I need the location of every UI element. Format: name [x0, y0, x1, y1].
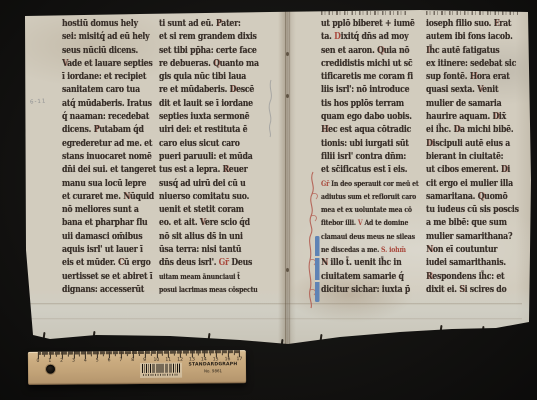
- trimmed-text-line: [321, 11, 407, 15]
- manuscript-line: dn̄s deus isrl'. Gr̄ Deus: [159, 256, 259, 269]
- manuscript-line: atq́ mūdaberis. Iratus: [62, 97, 156, 110]
- text-run: ora erat: [477, 71, 510, 82]
- text-run: autem ibi fons iacob.: [426, 31, 513, 42]
- text-run: ū ergo: [124, 257, 151, 268]
- manuscript-line: ī iordane: et recipiet: [62, 70, 156, 83]
- text-run: haurire aquam.: [426, 111, 492, 122]
- text-run: niuerso comitatu suo.: [159, 191, 249, 202]
- sewing-hole: [286, 52, 289, 56]
- text-run: ade et lauare septies: [67, 58, 152, 69]
- ruler-number: 16: [225, 357, 231, 362]
- ruler-number: 2: [60, 358, 63, 363]
- manuscript-line: autem ibi fons iacob.: [426, 30, 519, 43]
- manuscript-line: ut cibos emerent. Di: [426, 163, 519, 176]
- manuscript-line: dicitur sichar: iuxta p̄: [321, 283, 419, 296]
- ruler-number: 11: [165, 357, 171, 362]
- manuscript-line: gis quia nūc tibi laua: [159, 70, 259, 83]
- text-column-recto-a: ut pplō biberet + iumēta. Dixitq́ dn̄s a…: [321, 17, 440, 296]
- rubric-text-run: S. iohm̄: [381, 245, 406, 254]
- text-run: h̄c autē fatigatus: [429, 45, 499, 56]
- text-run: ūquid: [130, 191, 154, 202]
- manuscript-bifolium: hostiū domus helysei: misitq́ ad eū hely…: [0, 0, 537, 352]
- text-run: dicens.: [62, 124, 94, 135]
- manuscript-line: adiutus sum et refloruit caro: [321, 190, 419, 203]
- text-run: ūsa terra: nisi tantū: [159, 244, 241, 255]
- blue-initial-I: [315, 236, 320, 302]
- manuscript-line: uenit et stetit coram: [159, 203, 259, 216]
- manuscript-line: aquis isrl' ut lauer ī: [62, 243, 156, 256]
- text-column-verso-b: ti sunt ad eū. Pater:et si rem grandem d…: [159, 17, 281, 296]
- text-run: et sc̄ificatus est ī eis.: [321, 164, 407, 175]
- text-run: dn̄s deus isrl'.: [159, 257, 219, 268]
- manuscript-line: mulier de samaria: [426, 97, 519, 110]
- initial-notch: [315, 280, 320, 282]
- manuscript-line: Non eī coutuntur: [426, 243, 519, 256]
- manuscript-line: hostiū domus hely: [62, 17, 156, 30]
- text-run: mulier de samaria: [426, 98, 501, 109]
- manuscript-line: manu sua locū lepre: [62, 177, 156, 190]
- red-flourish: [309, 172, 313, 308]
- manuscript-line: liis isrl': nō introduce: [321, 83, 419, 96]
- rubric-text-run: Gr̄: [219, 257, 232, 268]
- manuscript-line: dicens. Putabam q́d: [62, 123, 156, 136]
- fold-crease: [30, 318, 522, 320]
- manuscript-line: caro eius sicut caro: [159, 137, 259, 150]
- text-run: sen et aaron.: [321, 45, 377, 56]
- manuscript-line: clamaui deus meus ne sileas: [321, 230, 419, 243]
- text-run: nō sit alius ds̄ in uni: [159, 231, 243, 242]
- text-run: et curaret me.: [62, 191, 123, 202]
- manuscript-line: iudei samarithanis.: [426, 256, 519, 269]
- text-run: eis et mūder.: [62, 257, 118, 268]
- manuscript-line: bierant in ciuitatē:: [426, 150, 519, 163]
- text-run: ec est aqua cōtradic: [328, 124, 411, 135]
- text-run: hostiū domus hely: [62, 18, 138, 29]
- text-run: enit: [482, 84, 498, 95]
- text-run: H: [321, 124, 328, 135]
- manuscript-line: re et mūdaberis. Descē: [159, 83, 259, 96]
- text-run: ioseph filio suo.: [426, 18, 494, 29]
- manuscript-line: Hec est aqua cōtradic: [321, 123, 419, 136]
- text-run: uiri dei: et restituta ē: [159, 124, 247, 135]
- manuscript-line: q́ naaman: recedebat: [62, 110, 156, 123]
- pencil-annotation: 6-11: [30, 98, 47, 105]
- text-run: susq́ ad uirū dei cū u: [159, 178, 246, 189]
- photograph: hostiū domus helysei: misitq́ ad eū hely…: [0, 0, 537, 400]
- text-run: N: [123, 191, 130, 202]
- manuscript-line: tionis: ubi iurgati sūt: [321, 137, 419, 150]
- manuscript-line: Discipuli autē eius a: [426, 137, 519, 150]
- manuscript-line: a me bibē: que sum: [426, 216, 519, 229]
- text-run: In deo sperauit cor meū et: [331, 179, 418, 188]
- text-run: re debueras.: [159, 58, 213, 69]
- manuscript-line: nō sit alius ds̄ in uni: [159, 230, 259, 243]
- text-run: dignans: accesserūt: [62, 284, 144, 295]
- stitch-mark: [319, 334, 322, 342]
- text-run: i scires do: [465, 284, 507, 295]
- text-run: liis isrl': nō introduce: [321, 84, 409, 95]
- stitch-mark: [481, 326, 484, 334]
- text-run: gis quia nūc tibi laua: [159, 71, 246, 82]
- manuscript-line: egrederetur ad me. et: [62, 137, 156, 150]
- text-run: fitebor illi.: [321, 218, 358, 227]
- text-run: quasi sexta.: [426, 84, 477, 95]
- text-run: ex itinere: sedebat sic: [426, 58, 516, 69]
- manuscript-line: tu iudeus cū sis poscis: [426, 203, 519, 216]
- text-run: uomō: [484, 191, 507, 202]
- ruler-number: 3: [72, 358, 75, 363]
- manuscript-line: ei ih̄c. Da michi bibē.: [426, 123, 519, 136]
- text-run: iudei samarithanis.: [426, 257, 506, 268]
- text-run: nō meliores sunt a: [62, 204, 139, 215]
- sewing-hole: [286, 268, 289, 272]
- text-run: mulier samarithana?: [426, 231, 512, 242]
- trimmed-text-line: [426, 11, 518, 15]
- text-run: ei ih̄c.: [426, 124, 453, 135]
- center-fold: [278, 10, 296, 346]
- text-run: q́ naaman: recedebat: [62, 111, 149, 122]
- text-run: a me bibē: que sum: [426, 217, 507, 228]
- stitch-mark: [439, 325, 442, 333]
- text-run: H: [470, 71, 477, 82]
- text-run: credidistis michi ut sc̄: [321, 58, 412, 69]
- text-run: manu sua locū lepre: [62, 178, 146, 189]
- manuscript-line: eis et mūder. Cū ergo: [62, 256, 156, 269]
- manuscript-line: N illo t̄. uenit ih̄c in: [321, 256, 419, 269]
- text-run: clamaui deus meus ne sileas: [321, 232, 415, 241]
- manuscript-line: ex itinere: sedebat sic: [426, 57, 519, 70]
- ruler-number: 13: [189, 357, 195, 362]
- text-run: ixitq́ dn̄s ad moy: [341, 31, 409, 42]
- text-run: bierant in ciuitatē:: [426, 151, 503, 162]
- manuscript-line: Ih̄c autē fatigatus: [426, 44, 519, 57]
- manuscript-line: samaritana. Quomō: [426, 190, 519, 203]
- ruler-number: 9: [143, 357, 146, 362]
- manuscript-line: Vade et lauare septies: [62, 57, 156, 70]
- manuscript-line: mulier samarithana?: [426, 230, 519, 243]
- ruler-number: 8: [131, 358, 134, 363]
- manuscript-line: ne discedas a me. S. iohm̄: [321, 243, 419, 256]
- text-run: septies iuxta sermonē: [159, 111, 249, 122]
- stitch-mark: [207, 333, 210, 341]
- text-run: euer: [229, 164, 248, 175]
- text-run: re et mūdaberis.: [159, 84, 230, 95]
- manuscript-line: quam ego dabo uobis.: [321, 110, 419, 123]
- ruler-hanging-hole: [46, 365, 55, 374]
- ruler-number: 0: [36, 358, 39, 363]
- manuscript-line: sei: misitq́ ad eū hely: [62, 30, 156, 43]
- manuscript-line: filii isrl' contra dn̄m:: [321, 150, 419, 163]
- manuscript-line: dignans: accesserūt: [62, 283, 156, 296]
- manuscript-line: nō meliores sunt a: [62, 203, 156, 216]
- text-run: tus est a lepra.: [159, 164, 223, 175]
- text-run: egrederetur ad me. et: [62, 138, 152, 149]
- text-run: mea et ex uoluntate mea cō: [321, 205, 412, 214]
- text-run: atq́ mūdaberis. Iratus: [62, 98, 152, 109]
- text-run: set tibi pp̄ha: certe face: [159, 45, 257, 56]
- manuscript-line: ta. Dixitq́ dn̄s ad moy: [321, 30, 419, 43]
- text-run: sei: misitq́ ad eū hely: [62, 31, 149, 42]
- ruler-number: 5: [96, 358, 99, 363]
- manuscript-line: Respondens ih̄c: et: [426, 270, 519, 283]
- manuscript-line: dixit ei. Si scires do: [426, 283, 519, 296]
- text-run: illo t̄. uenit ih̄c in: [328, 257, 402, 268]
- text-run: uii damasci om̄ibus: [62, 231, 142, 242]
- text-run: ta.: [321, 31, 334, 42]
- manuscript-line: stans inuocaret nomē: [62, 150, 156, 163]
- manuscript-line: ut pplō biberet + iumē: [321, 17, 419, 30]
- barcode: [142, 364, 180, 373]
- text-run: pueri paruuli: et mūda: [159, 151, 253, 162]
- ruler-brand: STANDARDGRAPH No. 9861: [185, 362, 241, 373]
- manuscript-line: uiri dei: et restituta ē: [159, 123, 259, 136]
- stitch-mark: [42, 332, 45, 340]
- text-run: caro eius sicut caro: [159, 138, 240, 149]
- text-run: tis hos pplōs terram: [321, 98, 404, 109]
- ruler-number: 17: [236, 357, 242, 362]
- manuscript-line: uitam meam ānunciaui t̄: [159, 270, 259, 283]
- text-run: uia nō: [384, 45, 410, 56]
- text-run: i: [507, 164, 510, 175]
- text-run: Ad te domine: [364, 218, 408, 227]
- ruler-number: 12: [177, 357, 183, 362]
- text-run: utabam q́d: [99, 124, 143, 135]
- text-run: ere scio q́d: [205, 217, 250, 228]
- manuscript-line: quasi sexta. Venit: [426, 83, 519, 96]
- manuscript-line: haurire aquam. Dix̄: [426, 110, 519, 123]
- manuscript-line: eo. et ait. Vere scio q́d: [159, 216, 259, 229]
- text-run: adiutus sum et refloruit caro: [321, 192, 416, 201]
- text-run: seus nūciū dicens.: [62, 45, 138, 56]
- text-run: cit ergo ei mulier illa: [426, 178, 513, 189]
- ruler-number: 15: [213, 357, 219, 362]
- text-run: stans inuocaret nomē: [62, 151, 152, 162]
- text-run: dn̄i dei sui. et tangeret: [62, 164, 156, 175]
- text-run: uanto ma: [220, 58, 259, 69]
- fold-line: [285, 10, 286, 346]
- text-run: et si rem grandem dixis: [159, 31, 257, 42]
- ruler-barcode-label: [140, 363, 182, 378]
- manuscript-line: re debueras. Quanto ma: [159, 57, 259, 70]
- manuscript-line: uertisset se et abiret ī: [62, 270, 156, 283]
- text-run: ut pplō biberet + iumē: [321, 18, 415, 29]
- manuscript-line: posui lacrimas meas cōspectu: [159, 283, 259, 296]
- manuscript-line: susq́ ad uirū dei cū u: [159, 177, 259, 190]
- manuscript-line: dit et lauit se ī iordane: [159, 97, 259, 110]
- text-run: Deus: [231, 257, 252, 268]
- manuscript-line: et si rem grandem dixis: [159, 30, 259, 43]
- manuscript-line: ti sunt ad eū. Pater:: [159, 17, 259, 30]
- text-run: dicitur sichar: iuxta p̄: [321, 284, 410, 295]
- manuscript-line: et curaret me. Nūquid: [62, 190, 156, 203]
- text-run: espondens ih̄c: et: [432, 271, 504, 282]
- text-run: bana et pharphar flu: [62, 217, 147, 228]
- manuscript-line: sen et aaron. Quia nō: [321, 44, 419, 57]
- fold-line: [289, 10, 290, 346]
- pencil-scribble: [264, 78, 278, 138]
- manuscript-line: tus est a lepra. Reuer: [159, 163, 259, 176]
- text-run: dit et lauit se ī iordane: [159, 98, 253, 109]
- manuscript-line: set tibi pp̄ha: certe face: [159, 44, 259, 57]
- ruler-number: 6: [108, 358, 111, 363]
- text-run: tionis: ubi iurgati sūt: [321, 138, 409, 149]
- manuscript-line: mea et ex uoluntate mea cō: [321, 203, 419, 216]
- ruler-number: 7: [119, 358, 122, 363]
- manuscript-line: sanitatem caro tua: [62, 83, 156, 96]
- text-run: ut cibos emerent.: [426, 164, 501, 175]
- manuscript-line: fitebor illi. V Ad te domine: [321, 216, 419, 229]
- text-run: escē: [236, 84, 254, 95]
- text-run: uertisset se et abiret ī: [62, 271, 153, 282]
- manuscript-line: cit ergo ei mulier illa: [426, 177, 519, 190]
- ruler-scale: 01234567891011121314151617: [28, 350, 246, 352]
- manuscript-line: Gr̄ In deo sperauit cor meū et: [321, 177, 419, 190]
- manuscript-line: seus nūciū dicens.: [62, 44, 156, 57]
- manuscript-line: sup fontē. Hora erat: [426, 70, 519, 83]
- text-run: on eī coutuntur: [433, 244, 497, 255]
- manuscript-line: ūsa terra: nisi tantū: [159, 243, 259, 256]
- text-run: uitam meam ānunciaui t̄: [159, 272, 240, 281]
- text-run: samaritana.: [426, 191, 478, 202]
- initial-notch: [315, 256, 320, 258]
- manuscript-line: tis hos pplōs terram: [321, 97, 419, 110]
- manuscript-line: septies iuxta sermonē: [159, 110, 259, 123]
- text-run: iscipuli autē eius a: [433, 138, 511, 149]
- text-run: sanitatem caro tua: [62, 84, 140, 95]
- barcode-digits: [143, 374, 179, 376]
- text-run: sup fontē.: [426, 71, 470, 82]
- ruler-number: 10: [153, 357, 159, 362]
- manuscript-line: credidistis michi ut sc̄: [321, 57, 419, 70]
- ruler-number: 14: [201, 357, 207, 362]
- text-run: dixit ei.: [426, 284, 459, 295]
- text-column-recto-b: ioseph filio suo. Eratautem ibi fons iac…: [426, 17, 537, 296]
- manuscript-line: ioseph filio suo. Erat: [426, 17, 519, 30]
- text-run: filii isrl' contra dn̄m:: [321, 151, 406, 162]
- text-run: tu iudeus cū sis poscis: [426, 204, 519, 215]
- text-run: tificaretis me coram fi: [321, 71, 413, 82]
- manuscript-line: niuerso comitatu suo.: [159, 190, 259, 203]
- manuscript-line: et sc̄ificatus est ī eis.: [321, 163, 419, 176]
- manuscript-line: dn̄i dei sui. et tangeret: [62, 163, 156, 176]
- manuscript-line: uii damasci om̄ibus: [62, 230, 156, 243]
- manuscript-line: ciuitatem samarie q́: [321, 270, 419, 283]
- manuscript-line: tificaretis me coram fi: [321, 70, 419, 83]
- manuscript-line: bana et pharphar flu: [62, 216, 156, 229]
- text-run: quam ego dabo uobis.: [321, 111, 412, 122]
- text-run: uenit et stetit coram: [159, 204, 244, 215]
- text-run: rat: [499, 18, 511, 29]
- stitch-mark: [92, 331, 95, 339]
- ruler-number: 4: [84, 358, 87, 363]
- text-run: eo. et ait.: [159, 217, 200, 228]
- text-run: ater:: [221, 18, 240, 29]
- text-run: ix̄: [499, 111, 506, 122]
- text-run: aquis isrl' ut lauer ī: [62, 244, 143, 255]
- text-run: ciuitatem samarie q́: [321, 271, 404, 282]
- ruler: 01234567891011121314151617 STANDARDGRAPH…: [28, 350, 246, 385]
- manuscript-line: pueri paruuli: et mūda: [159, 150, 259, 163]
- text-run: ti sunt ad eū.: [159, 18, 216, 29]
- text-run: posui lacrimas meas cōspectu: [159, 285, 258, 294]
- fold-crease: [30, 303, 522, 305]
- text-run: ne discedas a me.: [321, 245, 381, 254]
- decorated-initial-penwork: [303, 168, 323, 310]
- brand-model: No. 9861: [185, 368, 241, 373]
- text-run: a michi bibē.: [460, 124, 513, 135]
- ruler-number: 1: [48, 358, 51, 363]
- sewing-hole: [286, 94, 289, 98]
- text-run: ī iordane: et recipiet: [62, 71, 146, 82]
